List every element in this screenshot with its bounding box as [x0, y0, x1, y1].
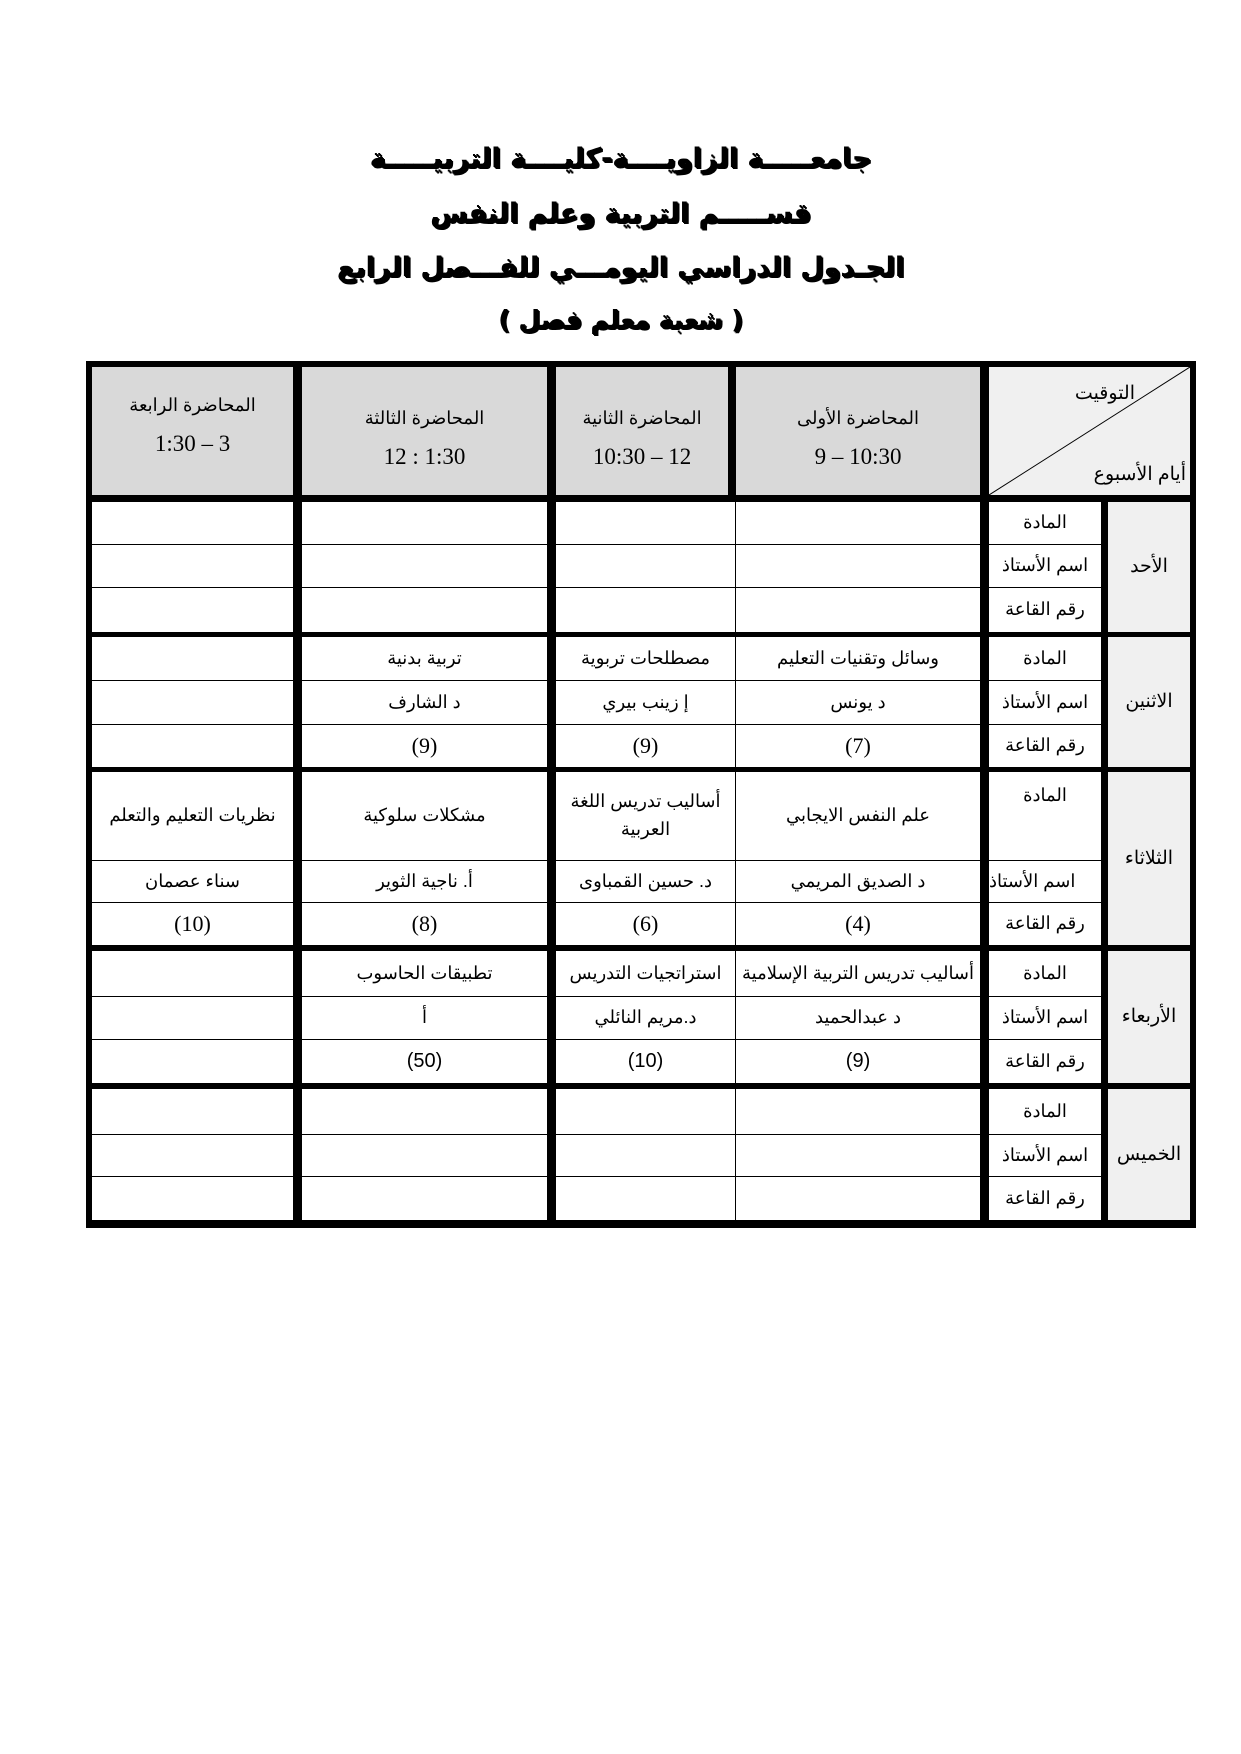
room-cell-lecture-1: (4) — [736, 903, 980, 945]
room-value: (7) — [845, 729, 871, 763]
day-cell: الثلاثاء — [1108, 772, 1190, 945]
subject-value: أساليب تدريس اللغة العربية — [560, 788, 731, 844]
room-value: (9) — [846, 1046, 870, 1077]
teacher-cell-lecture-4 — [92, 997, 293, 1039]
subject-cell-lecture-3: تطبيقات الحاسوب — [302, 951, 547, 996]
lecture-4-time: 1:30 – 3 — [155, 426, 230, 462]
subject-cell-lecture-3 — [302, 1089, 547, 1134]
subject-cell-lecture-1 — [736, 502, 980, 544]
teacher-value: د الصديق المريمي — [791, 868, 926, 896]
teacher-value: د. حسين القمباوى — [579, 868, 712, 896]
teacher-cell-lecture-3 — [302, 545, 547, 587]
day-cell: الأربعاء — [1108, 951, 1190, 1083]
row-label-teacher: اسم الأستاذ — [989, 861, 1101, 902]
row-label-teacher-text: اسم الأستاذ — [989, 868, 1075, 896]
row-label-subject: المادة — [989, 772, 1101, 860]
lecture-header-1: المحاضرة الأولى 9 – 10:30 — [736, 367, 980, 495]
teacher-value: سناء عصمان — [145, 868, 240, 896]
section-title: ( شعبة معلم فصل ) — [0, 305, 1241, 334]
subject-cell-lecture-3: مشكلات سلوكية — [302, 772, 547, 860]
department-title: قســـــم التربية وعلم النفس — [0, 198, 1241, 229]
room-cell-lecture-2 — [556, 588, 735, 632]
room-cell-lecture-4 — [92, 1040, 293, 1083]
day-cell: الأحد — [1108, 502, 1190, 632]
room-cell-lecture-4: (10) — [92, 903, 293, 945]
room-cell-lecture-3: (9) — [302, 725, 547, 767]
lecture-3-label: المحاضرة الثالثة — [365, 405, 485, 433]
teacher-value: إ زينب بيري — [602, 689, 688, 717]
subject-cell-lecture-4 — [92, 637, 293, 680]
row-label-teacher: اسم الأستاذ — [989, 1135, 1101, 1176]
teacher-cell-lecture-2 — [556, 545, 735, 587]
teacher-value: د.مريم النائلي — [595, 1004, 697, 1032]
room-cell-lecture-3: (50) — [302, 1040, 547, 1083]
room-cell-lecture-1 — [736, 1177, 980, 1220]
subject-value: علم النفس الايجابي — [786, 802, 930, 830]
row-label-room-text: رقم القاعة — [1005, 1048, 1085, 1076]
row-label-teacher: اسم الأستاذ — [989, 997, 1101, 1039]
subject-cell-lecture-4 — [92, 502, 293, 544]
lecture-4-label: المحاضرة الرابعة — [129, 392, 255, 420]
room-value: (50) — [407, 1046, 443, 1077]
room-cell-lecture-3 — [302, 1177, 547, 1220]
room-cell-lecture-1 — [736, 588, 980, 632]
row-label-subject: المادة — [989, 951, 1101, 996]
subject-cell-lecture-1: أساليب تدريس التربية الإسلامية — [736, 951, 980, 996]
corner-cell: التوقيت أيام الأسبوع — [989, 367, 1190, 495]
subject-cell-lecture-3 — [302, 502, 547, 544]
day-name: الخميس — [1117, 1140, 1181, 1169]
teacher-value: أ. ناجية الثوير — [376, 868, 473, 896]
room-cell-lecture-2 — [556, 1177, 735, 1220]
subject-value: مصطلحات تربوية — [581, 645, 710, 673]
subject-cell-lecture-4 — [92, 951, 293, 996]
teacher-cell-lecture-1 — [736, 1135, 980, 1176]
teacher-cell-lecture-2: د.مريم النائلي — [556, 997, 735, 1039]
teacher-value: د يونس — [830, 689, 885, 717]
corner-days-label: أيام الأسبوع — [1094, 460, 1186, 489]
teacher-value: د عبدالحميد — [815, 1004, 901, 1032]
subject-cell-lecture-1: علم النفس الايجابي — [736, 772, 980, 860]
lecture-2-label: المحاضرة الثانية — [582, 405, 701, 433]
subject-value: مشكلات سلوكية — [363, 802, 485, 830]
row-label-room: رقم القاعة — [989, 1177, 1101, 1220]
subject-cell-lecture-2 — [556, 1089, 735, 1134]
subject-cell-lecture-3: تربية بدنية — [302, 637, 547, 680]
teacher-cell-lecture-2: إ زينب بيري — [556, 681, 735, 724]
lecture-1-time: 9 – 10:30 — [815, 439, 902, 475]
row-label-subject: المادة — [989, 637, 1101, 680]
lecture-header-2: المحاضرة الثانية 10:30 – 12 — [556, 367, 728, 495]
subject-value: وسائل وتقنيات التعليم — [777, 645, 939, 673]
row-label-teacher-text: اسم الأستاذ — [1002, 552, 1088, 580]
teacher-cell-lecture-1: د الصديق المريمي — [736, 861, 980, 902]
subject-cell-lecture-1: وسائل وتقنيات التعليم — [736, 637, 980, 680]
room-cell-lecture-4 — [92, 1177, 293, 1220]
teacher-cell-lecture-3: د الشارف — [302, 681, 547, 724]
teacher-cell-lecture-4: سناء عصمان — [92, 861, 293, 902]
lecture-header-4: المحاضرة الرابعة 1:30 – 3 — [92, 367, 293, 495]
teacher-cell-lecture-3: أ — [302, 997, 547, 1039]
subject-value: تربية بدنية — [387, 645, 462, 673]
room-value: (4) — [845, 907, 871, 941]
row-label-teacher: اسم الأستاذ — [989, 681, 1101, 724]
day-name: الاثنين — [1125, 687, 1172, 716]
subject-cell-lecture-2: أساليب تدريس اللغة العربية — [556, 772, 735, 860]
row-label-teacher-text: اسم الأستاذ — [1002, 689, 1088, 717]
room-value: (10) — [174, 907, 211, 941]
room-cell-lecture-3: (8) — [302, 903, 547, 945]
room-value: (8) — [412, 907, 438, 941]
room-cell-lecture-2: (9) — [556, 725, 735, 767]
teacher-cell-lecture-4 — [92, 681, 293, 724]
day-cell: الخميس — [1108, 1089, 1190, 1220]
row-label-teacher-text: اسم الأستاذ — [1002, 1142, 1088, 1170]
teacher-cell-lecture-1: د يونس — [736, 681, 980, 724]
teacher-cell-lecture-4 — [92, 1135, 293, 1176]
row-label-room: رقم القاعة — [989, 725, 1101, 767]
row-label-room-text: رقم القاعة — [1005, 1185, 1085, 1213]
room-cell-lecture-1: (7) — [736, 725, 980, 767]
row-label-subject-text: المادة — [1023, 1098, 1067, 1126]
room-cell-lecture-4 — [92, 588, 293, 632]
row-label-subject-text: المادة — [1023, 645, 1067, 673]
teacher-cell-lecture-2 — [556, 1135, 735, 1176]
teacher-cell-lecture-2: د. حسين القمباوى — [556, 861, 735, 902]
subject-cell-lecture-4: نظريات التعليم والتعلم — [92, 772, 293, 860]
subject-cell-lecture-1 — [736, 1089, 980, 1134]
subject-value: أساليب تدريس التربية الإسلامية — [742, 960, 974, 988]
lecture-header-3: المحاضرة الثالثة 12 : 1:30 — [302, 367, 547, 495]
row-label-teacher: اسم الأستاذ — [989, 545, 1101, 587]
day-name: الأحد — [1130, 552, 1168, 581]
row-label-subject-text: المادة — [1023, 782, 1067, 810]
row-label-subject-text: المادة — [1023, 509, 1067, 537]
room-cell-lecture-2: (6) — [556, 903, 735, 945]
day-cell: الاثنين — [1108, 637, 1190, 767]
lecture-2-time: 10:30 – 12 — [593, 439, 691, 475]
subject-cell-lecture-2: استراتجيات التدريس — [556, 951, 735, 996]
teacher-cell-lecture-1 — [736, 545, 980, 587]
room-value: (9) — [633, 729, 659, 763]
subject-value: استراتجيات التدريس — [570, 960, 722, 988]
row-label-subject: المادة — [989, 1089, 1101, 1134]
row-label-subject: المادة — [989, 502, 1101, 544]
teacher-value: أ — [422, 1004, 427, 1032]
schedule-title: الجـدول الدراسي اليومـــي للفـــصل الراب… — [0, 252, 1241, 283]
row-label-room-text: رقم القاعة — [1005, 596, 1085, 624]
room-cell-lecture-1: (9) — [736, 1040, 980, 1083]
subject-value: نظريات التعليم والتعلم — [109, 802, 275, 830]
row-label-room-text: رقم القاعة — [1005, 732, 1085, 760]
room-value: (6) — [633, 907, 659, 941]
lecture-1-label: المحاضرة الأولى — [797, 405, 919, 433]
room-value: (9) — [412, 729, 438, 763]
corner-time-label: التوقيت — [1075, 379, 1135, 408]
row-label-room-text: رقم القاعة — [1005, 910, 1085, 938]
university-title: جامعـــــة الزاويــــة-كليــــة التربيــ… — [0, 143, 1241, 174]
room-cell-lecture-4 — [92, 725, 293, 767]
teacher-cell-lecture-1: د عبدالحميد — [736, 997, 980, 1039]
row-label-room: رقم القاعة — [989, 903, 1101, 945]
teacher-cell-lecture-3: أ. ناجية الثوير — [302, 861, 547, 902]
row-label-teacher-text: اسم الأستاذ — [1002, 1004, 1088, 1032]
day-name: الأربعاء — [1122, 1002, 1176, 1031]
row-label-room: رقم القاعة — [989, 1040, 1101, 1083]
subject-cell-lecture-4 — [92, 1089, 293, 1134]
teacher-cell-lecture-4 — [92, 545, 293, 587]
room-cell-lecture-3 — [302, 588, 547, 632]
row-label-room: رقم القاعة — [989, 588, 1101, 632]
subject-value: تطبيقات الحاسوب — [356, 960, 492, 988]
teacher-value: د الشارف — [388, 689, 460, 717]
row-label-subject-text: المادة — [1023, 960, 1067, 988]
room-cell-lecture-2: (10) — [556, 1040, 735, 1083]
day-name: الثلاثاء — [1125, 844, 1173, 873]
subject-cell-lecture-2: مصطلحات تربوية — [556, 637, 735, 680]
room-value: (10) — [628, 1046, 664, 1077]
subject-cell-lecture-2 — [556, 502, 735, 544]
teacher-cell-lecture-3 — [302, 1135, 547, 1176]
lecture-3-time: 12 : 1:30 — [384, 439, 466, 475]
